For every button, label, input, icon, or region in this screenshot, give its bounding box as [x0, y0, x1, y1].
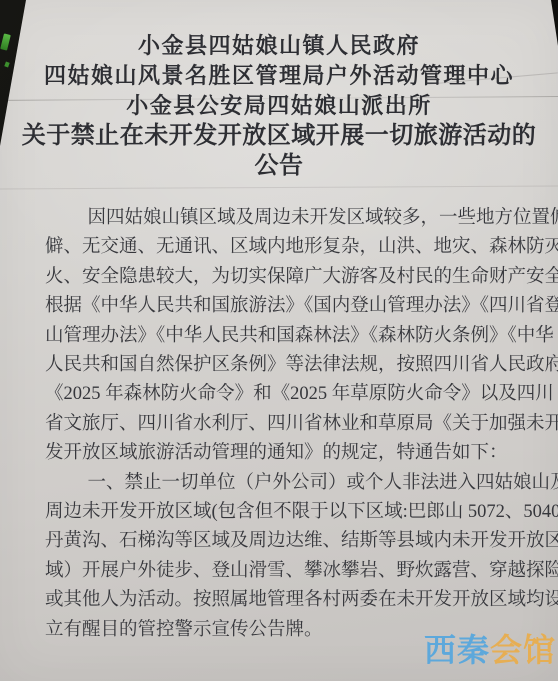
- issuer-line-police-station: 小金县公安局四姑娘山派出所: [0, 91, 558, 121]
- notice-title-line-2: 公告: [0, 151, 558, 181]
- body-line: 周边未开发开放区域(包含但不限于以下区域:巴郎山 5072、5040、: [45, 498, 523, 527]
- green-object-speck-icon: [4, 61, 9, 67]
- body-line: 根据《中华人民共和国旅游法》《国内登山管理办法》《四川省登: [45, 292, 523, 321]
- notice-title-line-1: 关于禁止在未开发开放区域开展一切旅游活动的: [0, 121, 558, 151]
- body-line: 一、禁止一切单位（户外公司）或个人非法进入四姑娘山及: [45, 469, 523, 498]
- watermark-text-orange: 会馆: [490, 632, 556, 668]
- photo-frame: 小金县四姑娘山镇人民政府 四姑娘山风景名胜区管理局户外活动管理中心 小金县公安局…: [0, 0, 558, 681]
- body-line: 因四姑娘山镇区域及周边未开发区域较多，一些地方位置偏: [45, 204, 523, 233]
- notice-header: 小金县四姑娘山镇人民政府 四姑娘山风景名胜区管理局户外活动管理中心 小金县公安局…: [0, 31, 558, 181]
- site-watermark: 西秦会馆: [424, 633, 556, 667]
- watermark-text-blue: 西秦: [424, 632, 490, 668]
- body-line: 《2025 年森林防火命令》和《2025 年草原防火命令》以及四川: [45, 380, 523, 409]
- paper-crease-below-title: [0, 186, 558, 190]
- issuer-line-scenic-area-bureau: 四姑娘山风景名胜区管理局户外活动管理中心: [0, 61, 558, 91]
- body-line: 发开放区域旅游活动管理的通知》的规定，特通告如下：: [45, 439, 523, 468]
- body-line: 山管理办法》《中华人民共和国森林法》《森林防火条例》《中华: [45, 322, 523, 351]
- green-object-glyph-icon: [0, 33, 11, 50]
- body-line: 域）开展户外徒步、登山滑雪、攀冰攀岩、野炊露营、穿越探险: [45, 557, 523, 586]
- body-line: 省文旅厅、四川省水利厅、四川省林业和草原局《关于加强未开: [45, 410, 523, 439]
- body-line: 或其他人为活动。按照属地管理各村两委在未开发开放区域均设: [45, 586, 523, 615]
- paper-sheet: 小金县四姑娘山镇人民政府 四姑娘山风景名胜区管理局户外活动管理中心 小金县公安局…: [0, 0, 558, 681]
- issuer-line-town-government: 小金县四姑娘山镇人民政府: [0, 31, 558, 61]
- body-line: 火、安全隐患较大，为切实保障广大游客及村民的生命财产安全，: [45, 263, 523, 292]
- notice-body: 因四姑娘山镇区域及周边未开发区域较多，一些地方位置偏 僻、无交通、无通讯、区域内…: [45, 204, 523, 645]
- body-line: 丹黄沟、石梯沟等区域及周边达维、结斯等县域内未开发开放区: [45, 527, 523, 556]
- body-line: 人民共和国自然保护区条例》等法律法规，按照四川省人民政府: [45, 351, 523, 380]
- body-line: 僻、无交通、无通讯、区域内地形复杂，山洪、地灾、森林防灭: [45, 233, 523, 262]
